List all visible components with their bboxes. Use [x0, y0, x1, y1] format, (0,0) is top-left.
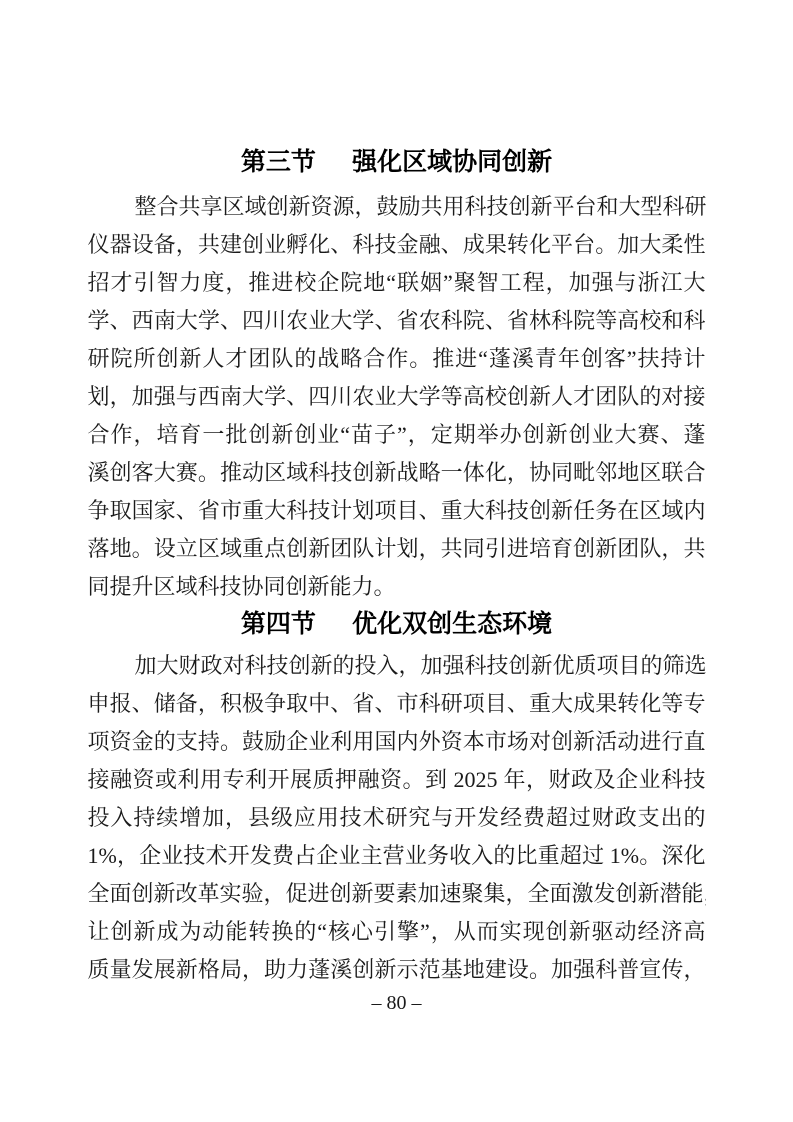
- text-line: 招才引智力度，推进校企院地“联姻”聚智工程，加强与浙江大: [88, 264, 706, 302]
- section-heading-label: 第四节: [241, 611, 316, 638]
- text-line: 项资金的支持。鼓励企业利用国内外资本市场对创新活动进行直: [88, 723, 706, 761]
- text-line: 落地。设立区域重点创新团队计划，共同引进培育创新团队，共: [88, 530, 706, 568]
- section-paragraph: 加大财政对科技创新的投入，加强科技创新优质项目的筛选申报、储备，积极争取中、省、…: [88, 647, 706, 989]
- document-page: 第三节强化区域协同创新 整合共享区域创新资源，鼓励共用科技创新平台和大型科研仪器…: [0, 0, 793, 1122]
- section-heading-title: 强化区域协同创新: [352, 149, 552, 176]
- section-heading-4: 第四节优化双创生态环境: [88, 609, 706, 641]
- text-line: 加大财政对科技创新的投入，加强科技创新优质项目的筛选: [88, 647, 706, 685]
- text-line: 同提升区域科技协同创新能力。: [88, 568, 706, 606]
- text-line: 投入持续增加，县级应用技术研究与开发经费超过财政支出的: [88, 799, 706, 837]
- text-line: 整合共享区域创新资源，鼓励共用科技创新平台和大型科研: [88, 188, 706, 226]
- text-line: 仪器设备，共建创业孵化、科技金融、成果转化平台。加大柔性: [88, 226, 706, 264]
- section-heading-3: 第三节强化区域协同创新: [88, 147, 706, 179]
- text-line: 划，加强与西南大学、四川农业大学等高校创新人才团队的对接: [88, 378, 706, 416]
- section-paragraph: 整合共享区域创新资源，鼓励共用科技创新平台和大型科研仪器设备，共建创业孵化、科技…: [88, 188, 706, 606]
- page-content: 第三节强化区域协同创新 整合共享区域创新资源，鼓励共用科技创新平台和大型科研仪器…: [88, 0, 706, 1017]
- section-heading-title: 优化双创生态环境: [352, 611, 552, 638]
- text-line: 学、西南大学、四川农业大学、省农科院、省林科院等高校和科: [88, 302, 706, 340]
- text-line: 申报、储备，积极争取中、省、市科研项目、重大成果转化等专: [88, 685, 706, 723]
- text-line: 接融资或利用专利开展质押融资。到 2025 年，财政及企业科技: [88, 761, 706, 799]
- text-line: 全面创新改革实验，促进创新要素加速聚集，全面激发创新潜能，: [88, 875, 706, 913]
- text-line: 合作，培育一批创新创业“苗子”，定期举办创新创业大赛、蓬: [88, 416, 706, 454]
- text-line: 溪创客大赛。推动区域科技创新战略一体化，协同毗邻地区联合: [88, 454, 706, 492]
- section-heading-label: 第三节: [241, 149, 316, 176]
- text-line: 研院所创新人才团队的战略合作。推进“蓬溪青年创客”扶持计: [88, 340, 706, 378]
- text-line: 争取国家、省市重大科技计划项目、重大科技创新任务在区域内: [88, 492, 706, 530]
- text-line: 让创新成为动能转换的“核心引擎”，从而实现创新驱动经济高: [88, 913, 706, 951]
- page-number: – 80 –: [88, 989, 706, 1017]
- text-line: 质量发展新格局，助力蓬溪创新示范基地建设。加强科普宣传，: [88, 951, 706, 989]
- text-line: 1%，企业技术开发费占企业主营业务收入的比重超过 1%。深化: [88, 837, 706, 875]
